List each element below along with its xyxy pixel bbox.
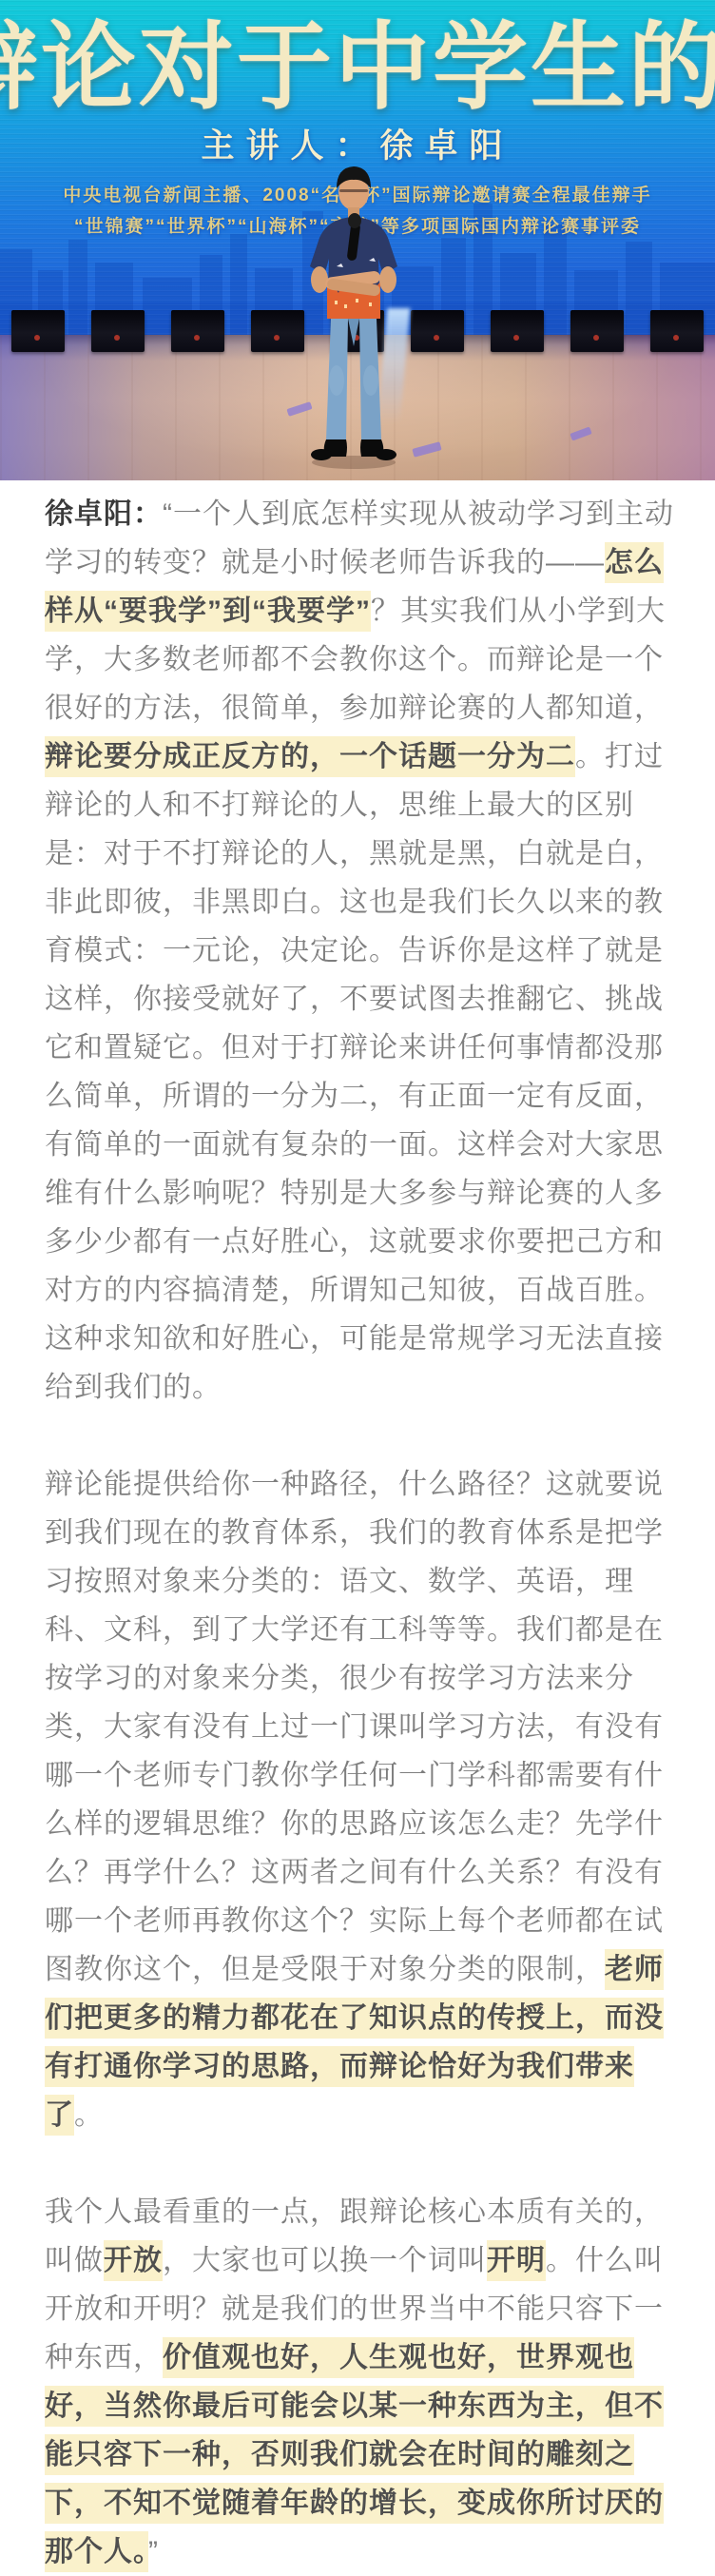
text-line: 哪一个老师再教你这个？实际上每个老师都在试 <box>45 1897 670 1945</box>
text-line: 类，大家有没有上过一门课叫学习方法，有没有 <box>45 1703 670 1751</box>
text-line: 下，不知不觉随着年龄的增长，变成你所讨厌的 <box>45 2479 670 2527</box>
paragraph: 我个人最看重的一点，跟辩论核心本质有关的，叫做开放，大家也可以换一个词叫开明。什… <box>45 2188 670 2576</box>
text-segment: 对方的内容搞清楚，所谓知己知彼，百战百胜。 <box>45 1275 664 1306</box>
text-line: 是：对于不打辩论的人，黑就是黑，白就是白， <box>45 829 670 878</box>
highlighted-text: 了 <box>45 2095 74 2136</box>
text-segment: 是：对于不打辩论的人，黑就是黑，白就是白， <box>45 838 664 869</box>
text-segment: 习按照对象来分类的：语文、数学、英语，理 <box>45 1566 634 1597</box>
highlighted-text: 辩论要分成正反方的，一个话题一分为二 <box>45 736 575 777</box>
speaker-box <box>491 310 544 352</box>
highlighted-text: 好，当然你最后可能会以某一种东西为主，但不 <box>45 2386 664 2427</box>
text-line: 么样的逻辑思维？你的思路应该怎么走？先学什 <box>45 1800 670 1848</box>
paragraph: 辩论能提供给你一种路径，什么路径？这就要说到我们现在的教育体系，我们的教育体系是… <box>45 1460 670 2139</box>
text-segment: 到我们现在的教育体系，我们的教育体系是把学 <box>45 1517 664 1549</box>
text-segment: 种东西， <box>45 2342 163 2373</box>
speaker-box <box>91 310 145 352</box>
highlighted-text: 开放 <box>104 2240 163 2281</box>
text-line: 非此即彼，非黑即白。这也是我们长久以来的教 <box>45 878 670 927</box>
text-line: 给到我们的。 <box>45 1363 670 1412</box>
text-segment: 么？再学什么？这两者之间有什么关系？有没有 <box>45 1857 664 1888</box>
text-segment: 么样的逻辑思维？你的思路应该怎么走？先学什 <box>45 1808 664 1840</box>
text-line: 那个人。” <box>45 2527 670 2576</box>
highlighted-text: 那个人。 <box>45 2531 148 2572</box>
speaker-box <box>650 310 704 352</box>
text-segment: ” <box>148 2536 159 2567</box>
highlighted-text: 开明 <box>487 2240 546 2281</box>
text-line: 科、文科，到了大学还有工科等等。我们都是在 <box>45 1606 670 1654</box>
text-line: 哪一个老师专门教你学任何一门学科都需要有什 <box>45 1751 670 1800</box>
text-segment: “一个人到底怎样实现从被动学习到主动 <box>163 498 674 530</box>
highlighted-text: 下，不知不觉随着年龄的增长，变成你所讨厌的 <box>45 2483 664 2524</box>
text-segment: 哪一个老师再教你这个？实际上每个老师都在试 <box>45 1905 664 1937</box>
text-segment: 辩论能提供给你一种路径，什么路径？这就要说 <box>45 1469 664 1500</box>
highlighted-text: 老师 <box>605 1949 664 1990</box>
highlighted-text: 们把更多的精力都花在了知识点的传授上，而没 <box>45 1998 664 2039</box>
text-segment: 。打过 <box>575 741 664 772</box>
text-line: 开放和开明？就是我们的世界当中不能只容下一 <box>45 2285 670 2333</box>
text-line: 习按照对象来分类的：语文、数学、英语，理 <box>45 1557 670 1606</box>
text-line: 有打通你学习的思路，而辩论恰好为我们带来 <box>45 2042 670 2091</box>
text-line: 维有什么影响呢？特别是大多参与辩论赛的人多 <box>45 1169 670 1218</box>
text-line: 到我们现在的教育体系，我们的教育体系是把学 <box>45 1509 670 1557</box>
text-line: 对方的内容搞清楚，所谓知己知彼，百战百胜。 <box>45 1266 670 1315</box>
glasses-icon <box>339 189 368 192</box>
text-segment: 按学习的对象来分类，很少有按学习方法来分 <box>45 1663 634 1694</box>
text-line: 这种求知欲和好胜心，可能是常规学习无法直接 <box>45 1315 670 1363</box>
text-segment: 类，大家有没有上过一门课叫学习方法，有没有 <box>45 1711 664 1743</box>
text-segment: 维有什么影响呢？特别是大多参与辩论赛的人多 <box>45 1178 664 1209</box>
text-segment: 学，大多数老师都不会教你这个。而辩论是一个 <box>45 644 664 675</box>
text-line: 辩论能提供给你一种路径，什么路径？这就要说 <box>45 1460 670 1509</box>
photo-title: 辩论对于中学生的意义 <box>0 0 715 127</box>
speaker-box <box>570 310 624 352</box>
text-segment: 。 <box>74 2099 104 2131</box>
text-segment: 叫做 <box>45 2245 104 2276</box>
text-line: 它和置疑它。但对于打辩论来讲任何事情都没那 <box>45 1024 670 1072</box>
stage-photo: 辩论对于中学生的意义 主讲人：徐卓阳 中央电视台新闻主播、2008“名校杯”国际… <box>0 0 715 480</box>
text-line: 好，当然你最后可能会以某一种东西为主，但不 <box>45 2382 670 2430</box>
text-line: 们把更多的精力都花在了知识点的传授上，而没 <box>45 1994 670 2042</box>
text-segment: 有简单的一面就有复杂的一面。这样会对大家思 <box>45 1129 664 1161</box>
text-line: 么？再学什么？这两者之间有什么关系？有没有 <box>45 1848 670 1897</box>
highlighted-text: 价值观也好，人生观也好，世界观也 <box>163 2337 634 2378</box>
text-line: 图教你这个，但是受限于对象分类的限制，老师 <box>45 1945 670 1994</box>
text-segment: 我个人最看重的一点，跟辩论核心本质有关的， <box>45 2196 664 2228</box>
text-line: 种东西，价值观也好，人生观也好，世界观也 <box>45 2333 670 2382</box>
text-line: 育模式：一元论，决定论。告诉你是这样了就是 <box>45 927 670 975</box>
text-line: 辩论要分成正反方的，一个话题一分为二。打过 <box>45 732 670 781</box>
text-line: 我个人最看重的一点，跟辩论核心本质有关的， <box>45 2188 670 2236</box>
speaker-person <box>281 160 426 470</box>
text-line: 有简单的一面就有复杂的一面。这样会对大家思 <box>45 1121 670 1169</box>
text-segment: 么简单，所谓的一分为二，有正面一定有反面， <box>45 1081 664 1112</box>
text-line: 辩论的人和不打辩论的人，思维上最大的区别 <box>45 781 670 829</box>
article: 徐卓阳：“一个人到底怎样实现从被动学习到主动学习的转变？就是小时候老师告诉我的—… <box>0 480 715 2576</box>
text-segment: 这样，你接受就好了，不要试图去推翻它、挑战 <box>45 984 664 1015</box>
highlighted-text: 能只容下一种，否则我们就会在时间的雕刻之 <box>45 2434 634 2475</box>
text-line: 这样，你接受就好了，不要试图去推翻它、挑战 <box>45 975 670 1024</box>
speaker-box <box>171 310 224 352</box>
text-segment: 。什么叫 <box>546 2245 664 2276</box>
text-line: 么简单，所谓的一分为二，有正面一定有反面， <box>45 1072 670 1121</box>
text-segment: 多少少都有一点好胜心，这就要求你要把己方和 <box>45 1226 664 1258</box>
text-segment: 学习的转变？就是小时候老师告诉我的—— <box>45 547 605 578</box>
speaker-box <box>11 310 65 352</box>
text-line: 多少少都有一点好胜心，这就要求你要把己方和 <box>45 1218 670 1266</box>
text-line: 徐卓阳：“一个人到底怎样实现从被动学习到主动 <box>45 490 670 538</box>
text-segment: 开放和开明？就是我们的世界当中不能只容下一 <box>45 2293 664 2325</box>
text-line: 能只容下一种，否则我们就会在时间的雕刻之 <box>45 2430 670 2479</box>
text-segment: 很好的方法，很简单，参加辩论赛的人都知道， <box>45 693 664 724</box>
text-line: 学，大多数老师都不会教你这个。而辩论是一个 <box>45 635 670 684</box>
text-line: 样从“要我学”到“我要学”？其实我们从小学到大 <box>45 587 670 635</box>
text-segment: ，大家也可以换一个词叫 <box>163 2245 487 2276</box>
text-line: 了。 <box>45 2091 670 2139</box>
highlighted-text: 样从“要我学”到“我要学” <box>45 591 371 632</box>
highlighted-text: 有打通你学习的思路，而辩论恰好为我们带来 <box>45 2046 634 2087</box>
highlighted-text: 怎么 <box>605 542 664 583</box>
text-segment: 非此即彼，非黑即白。这也是我们长久以来的教 <box>45 887 664 918</box>
text-segment: 哪一个老师专门教你学任何一门学科都需要有什 <box>45 1760 664 1791</box>
paragraph: 徐卓阳：“一个人到底怎样实现从被动学习到主动学习的转变？就是小时候老师告诉我的—… <box>45 490 670 1412</box>
text-line: 按学习的对象来分类，很少有按学习方法来分 <box>45 1654 670 1703</box>
text-segment: ？其实我们从小学到大 <box>371 595 666 627</box>
text-segment: 辩论的人和不打辩论的人，思维上最大的区别 <box>45 790 634 821</box>
text-segment: 图教你这个，但是受限于对象分类的限制， <box>45 1954 605 1985</box>
text-segment: 育模式：一元论，决定论。告诉你是这样了就是 <box>45 935 664 966</box>
text-segment: 这种求知欲和好胜心，可能是常规学习无法直接 <box>45 1323 664 1355</box>
text-segment: 科、文科，到了大学还有工科等等。我们都是在 <box>45 1614 664 1646</box>
speaker-name: 徐卓阳： <box>45 498 163 530</box>
text-line: 学习的转变？就是小时候老师告诉我的——怎么 <box>45 538 670 587</box>
text-segment: 它和置疑它。但对于打辩论来讲任何事情都没那 <box>45 1032 664 1064</box>
text-line: 很好的方法，很简单，参加辩论赛的人都知道， <box>45 684 670 732</box>
text-line: 叫做开放，大家也可以换一个词叫开明。什么叫 <box>45 2236 670 2285</box>
text-segment: 给到我们的。 <box>45 1372 222 1403</box>
